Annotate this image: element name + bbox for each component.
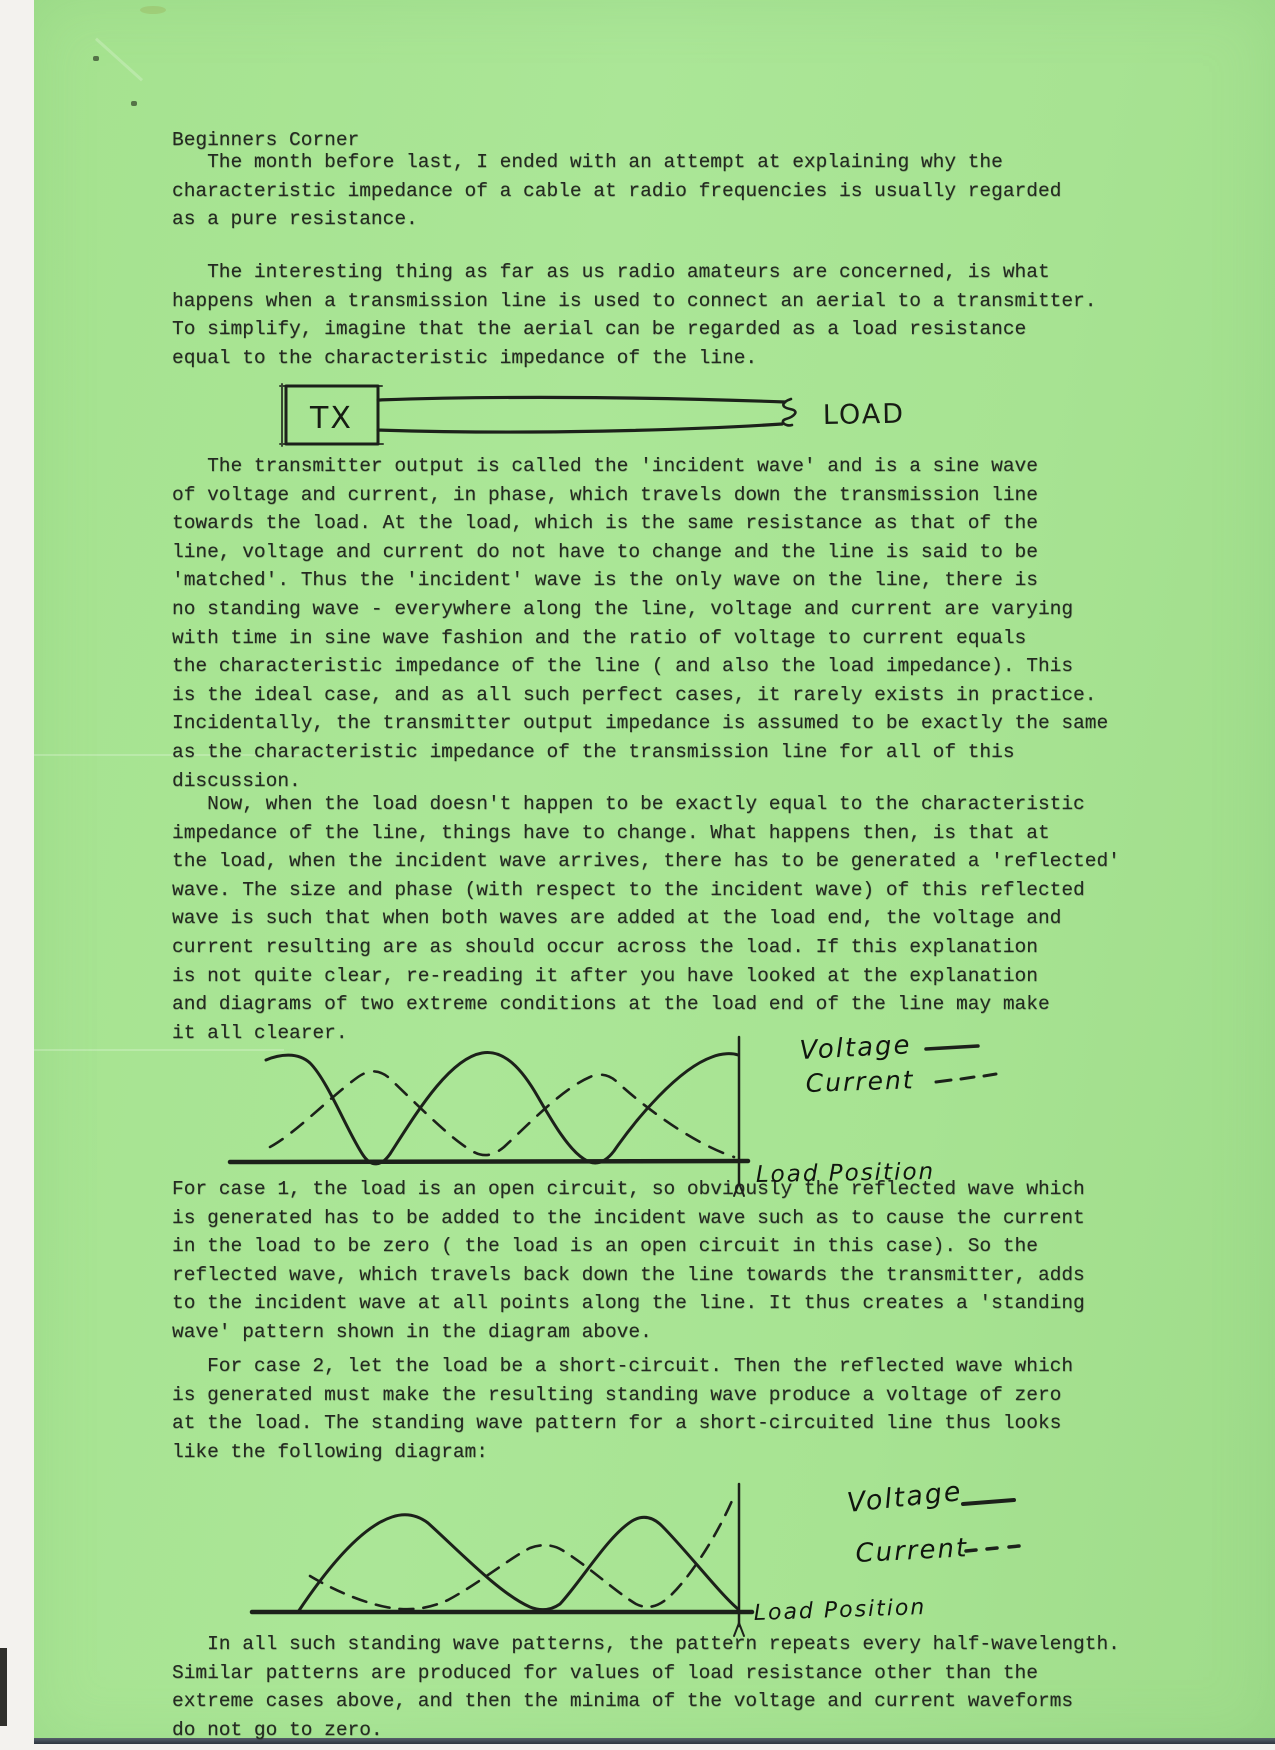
legend-current-dash-sample [966, 1546, 1019, 1551]
axis-baseline [230, 1161, 748, 1162]
transmission-line-bottom [378, 424, 782, 432]
scan-edge-artifact [0, 1648, 7, 1726]
paragraph-case2: For case 2, let the load be a short-circ… [172, 1352, 1172, 1466]
tx-box-label: TX [309, 401, 353, 436]
paper-smudge [140, 6, 166, 14]
current-curve [310, 1496, 734, 1609]
standing-wave-diagram-short-circuit: Voltage Current Load Position [200, 1460, 1060, 1645]
paragraph-reflected-wave: Now, when the load doesn't happen to be … [172, 790, 1172, 1047]
axis-load-position-label: Load Position [753, 1595, 926, 1626]
resistor-squiggle-icon [783, 399, 796, 425]
transmission-line-top [378, 397, 785, 402]
staple-hole [93, 56, 99, 61]
standing-wave-diagram-open-circuit: Voltage Current Load Position [200, 1025, 1010, 1200]
legend-voltage-label: Voltage [799, 1030, 912, 1066]
legend-voltage-label: Voltage [845, 1476, 963, 1519]
paragraph-case1: For case 1, the load is an open circuit,… [172, 1175, 1172, 1347]
voltage-curve [298, 1515, 738, 1612]
paragraph-conclusion: In all such standing wave patterns, the … [172, 1630, 1172, 1744]
legend-current-dash-sample [936, 1074, 996, 1082]
paragraph-intro: The month before last, I ended with an a… [172, 148, 1172, 234]
staple-hole [131, 101, 137, 106]
axis-load-position-label: Load Position [756, 1159, 936, 1188]
legend-voltage-line-sample [963, 1500, 1014, 1504]
load-label: LOAD [823, 399, 906, 431]
legend-current-label: Current [805, 1065, 915, 1098]
paragraph-interesting-thing: The interesting thing as far as us radio… [172, 258, 1172, 372]
paragraph-incident-wave: The transmitter output is called the 'in… [172, 452, 1172, 795]
arrow-up-icon [734, 1183, 744, 1196]
tx-load-circuit-diagram: TX LOAD [240, 378, 960, 462]
legend-voltage-line-sample [926, 1046, 978, 1049]
arrow-up-icon [734, 1623, 744, 1636]
scanned-newsletter-page: Beginners Corner The month before last, … [0, 0, 1275, 1750]
legend-current-label: Current [855, 1533, 969, 1569]
